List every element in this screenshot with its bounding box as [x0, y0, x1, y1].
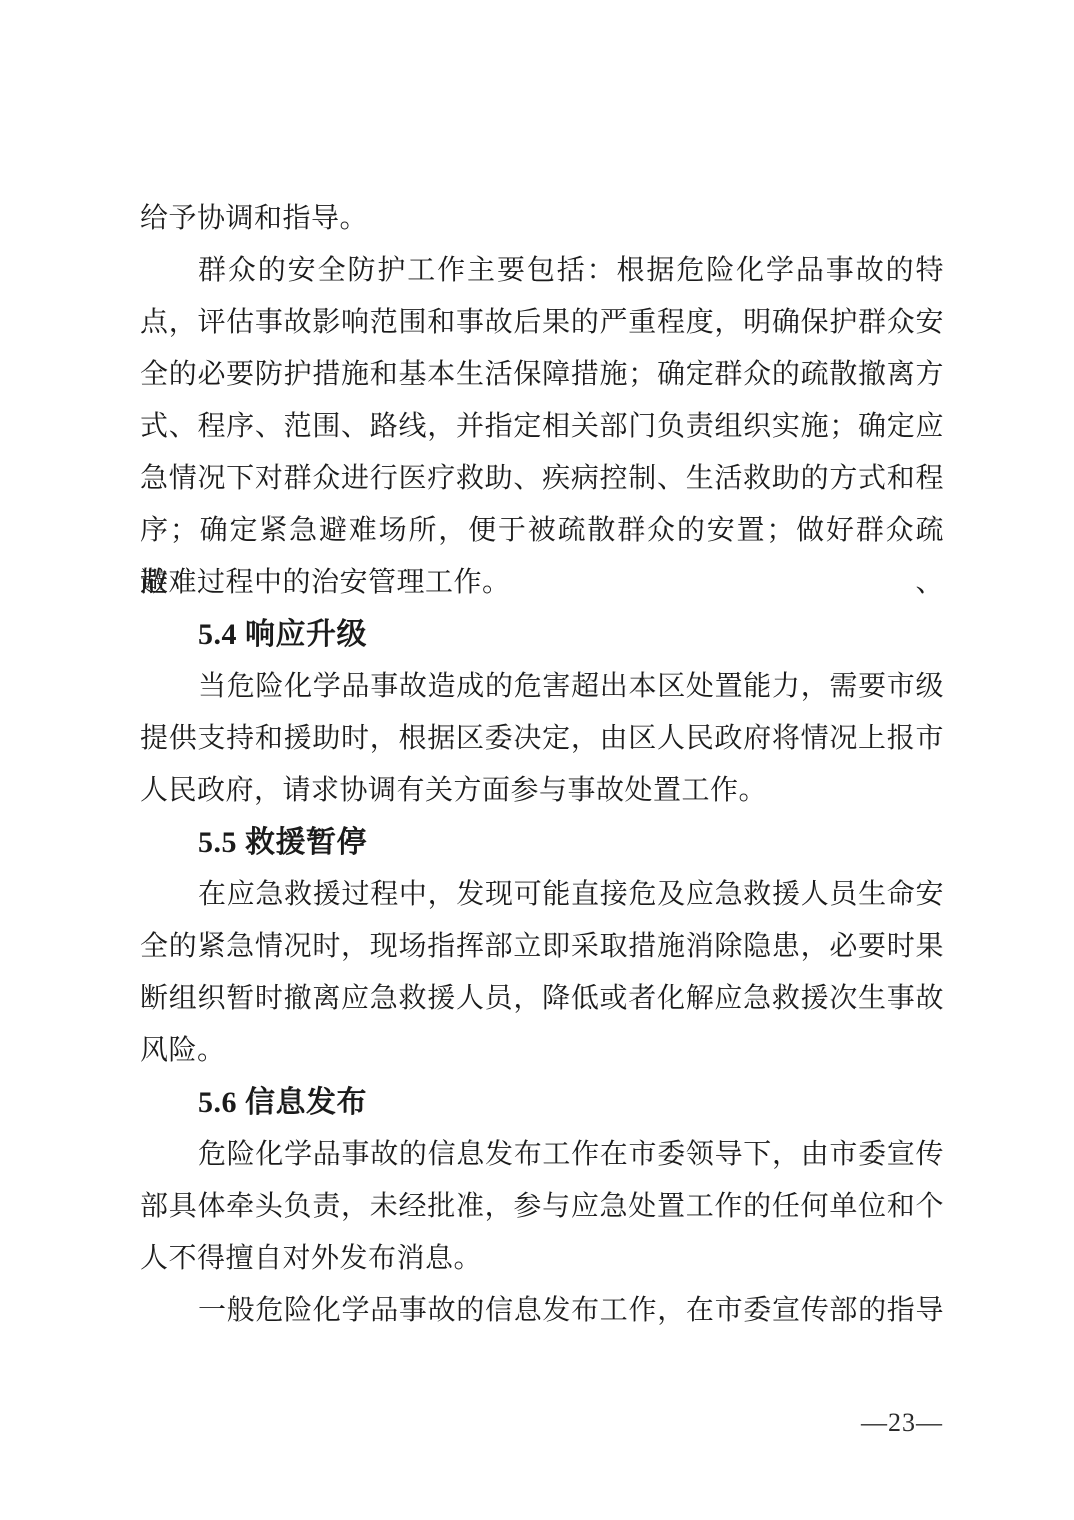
text-line: 部具体牵头负责，未经批准，参与应急处置工作的任何单位和个: [140, 1181, 944, 1233]
heading-response-escalation: 5.4 响应升级: [140, 609, 944, 661]
text-line: 式、程序、范围、路线，并指定相关部门负责组织实施；确定应: [140, 401, 944, 453]
page-number: —23—: [0, 1408, 943, 1438]
text-line: 序；确定紧急避难场所，便于被疏散群众的安置；做好群众疏散、: [140, 505, 944, 557]
text-line: 人民政府，请求协调有关方面参与事故处置工作。: [140, 765, 944, 817]
text-line: 当危险化学品事故造成的危害超出本区处置能力，需要市级: [140, 661, 944, 713]
text-line: 危险化学品事故的信息发布工作在市委领导下，由市委宣传: [140, 1129, 944, 1181]
text-line: 急情况下对群众进行医疗救助、疾病控制、生活救助的方式和程: [140, 453, 944, 505]
text-line: 群众的安全防护工作主要包括：根据危险化学品事故的特: [140, 245, 944, 297]
text-line: 全的紧急情况时，现场指挥部立即采取措施消除隐患，必要时果: [140, 921, 944, 973]
document-page: 给予协调和指导。 群众的安全防护工作主要包括：根据危险化学品事故的特 点，评估事…: [0, 0, 1074, 1520]
text-line: 在应急救援过程中，发现可能直接危及应急救援人员生命安: [140, 869, 944, 921]
heading-information-release: 5.6 信息发布: [140, 1077, 944, 1129]
text-line: 断组织暂时撤离应急救援人员，降低或者化解应急救援次生事故: [140, 973, 944, 1025]
text-line: 提供支持和援助时，根据区委决定，由区人民政府将情况上报市: [140, 713, 944, 765]
text-line: 点，评估事故影响范围和事故后果的严重程度，明确保护群众安: [140, 297, 944, 349]
text-line: 风险。: [140, 1025, 944, 1077]
heading-rescue-suspension: 5.5 救援暂停: [140, 817, 944, 869]
text-line: 全的必要防护措施和基本生活保障措施；确定群众的疏散撤离方: [140, 349, 944, 401]
text-line: 人不得擅自对外发布消息。: [140, 1233, 944, 1285]
text-line: 一般危险化学品事故的信息发布工作，在市委宣传部的指导: [140, 1285, 944, 1337]
document-body: 给予协调和指导。 群众的安全防护工作主要包括：根据危险化学品事故的特 点，评估事…: [140, 193, 944, 1337]
text-line: 给予协调和指导。: [140, 193, 944, 245]
